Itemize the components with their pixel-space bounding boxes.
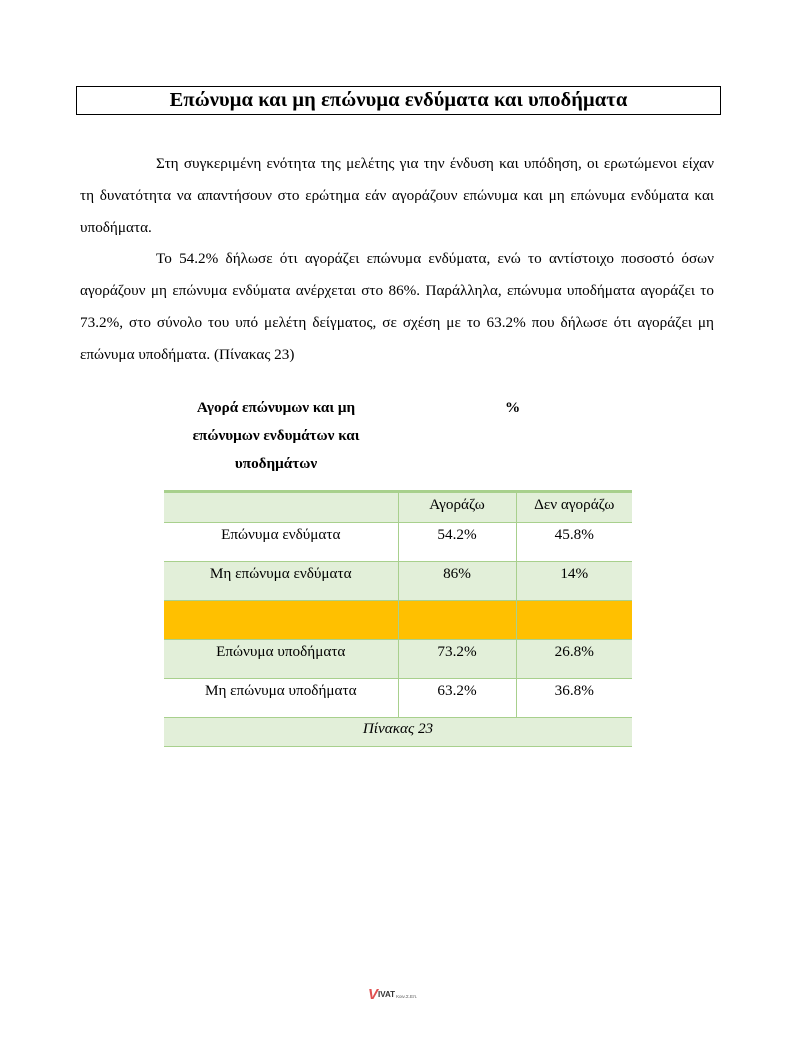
table-unit-label: % <box>505 394 520 422</box>
row-label: Μη επώνυμα ενδύματα <box>164 562 398 601</box>
table-heading: Αγορά επώνυμων και μη επώνυμων ενδυμάτων… <box>176 394 376 478</box>
row-label: Επώνυμα ενδύματα <box>164 523 398 562</box>
not-buy-value: 45.8% <box>516 523 632 562</box>
row-label: Μη επώνυμα υποδήματα <box>164 679 398 718</box>
results-paragraph: Το 54.2% δήλωσε ότι αγοράζει επώνυμα ενδ… <box>80 243 714 371</box>
footer-logo: V IVAT Κοιν.Σ.Επ. <box>368 980 448 1002</box>
separator-cell <box>516 601 632 640</box>
logo-text: IVAT <box>378 991 395 999</box>
intro-paragraph-text: Στη συγκεριμένη ενότητα της μελέτης για … <box>80 155 714 236</box>
header-cell-empty <box>164 492 398 523</box>
table-row: Μη επώνυμα υποδήματα 63.2% 36.8% <box>164 679 632 718</box>
table-row: Επώνυμα ενδύματα 54.2% 45.8% <box>164 523 632 562</box>
buy-value: 86% <box>398 562 516 601</box>
not-buy-value: 14% <box>516 562 632 601</box>
not-buy-value: 36.8% <box>516 679 632 718</box>
table-row: Μη επώνυμα ενδύματα 86% 14% <box>164 562 632 601</box>
section-title: Επώνυμα και μη επώνυμα ενδύματα και υποδ… <box>170 89 628 112</box>
purchase-table: Αγοράζω Δεν αγοράζω Επώνυμα ενδύματα 54.… <box>164 490 632 747</box>
table-header-row: Αγοράζω Δεν αγοράζω <box>164 492 632 523</box>
table-separator-row <box>164 601 632 640</box>
not-buy-value: 26.8% <box>516 640 632 679</box>
table-caption-row: Πίνακας 23 <box>164 718 632 747</box>
buy-value: 63.2% <box>398 679 516 718</box>
table-caption: Πίνακας 23 <box>164 718 632 747</box>
separator-cell <box>164 601 398 640</box>
logo-v-mark: V <box>368 987 378 1002</box>
section-title-box: Επώνυμα και μη επώνυμα ενδύματα και υποδ… <box>76 86 721 115</box>
buy-value: 54.2% <box>398 523 516 562</box>
row-label: Επώνυμα υποδήματα <box>164 640 398 679</box>
table-row: Επώνυμα υποδήματα 73.2% 26.8% <box>164 640 632 679</box>
header-cell-not-buy: Δεν αγοράζω <box>516 492 632 523</box>
logo-subtext: Κοιν.Σ.Επ. <box>396 995 417 1000</box>
separator-cell <box>398 601 516 640</box>
header-cell-buy: Αγοράζω <box>398 492 516 523</box>
intro-paragraph: Στη συγκεριμένη ενότητα της μελέτης για … <box>80 148 714 244</box>
results-paragraph-text: Το 54.2% δήλωσε ότι αγοράζει επώνυμα ενδ… <box>80 250 714 363</box>
buy-value: 73.2% <box>398 640 516 679</box>
